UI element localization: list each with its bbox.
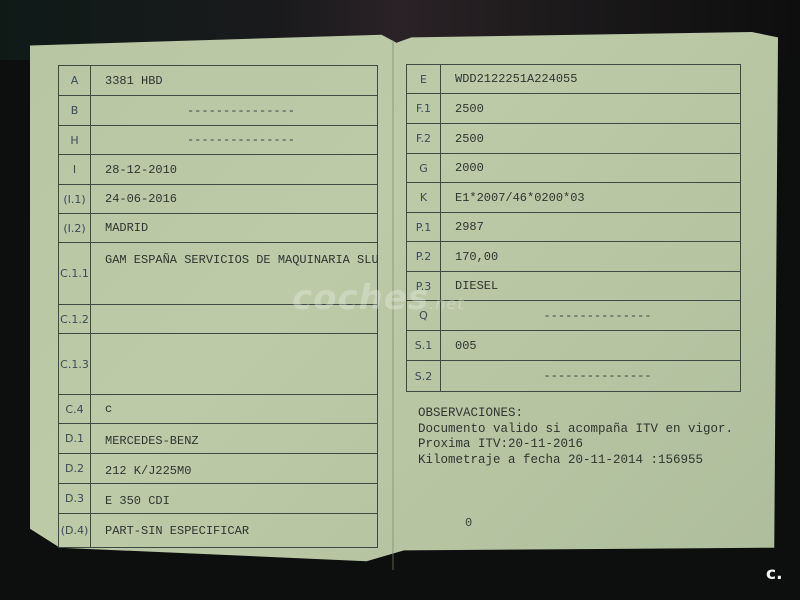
field-code: F.2 [407,124,441,153]
field-value: --------------- [441,361,740,391]
field-value [91,334,377,394]
field-value: E1*2007/46*0200*03 [441,183,740,212]
observations-extra-value: 0 [465,516,472,530]
field-value: DIESEL [441,272,740,300]
field-value: 2500 [441,124,740,153]
observation-line: Kilometraje a fecha 20-11-2014 :156955 [418,453,733,469]
field-row-c4: C.4c [59,395,377,424]
field-code: F.1 [407,94,441,123]
field-code: P.2 [407,242,441,271]
field-code: C.4 [59,395,91,423]
field-row-a: A3381 HBD [59,66,377,96]
field-value: 170,00 [441,242,740,271]
field-value: 2987 [441,213,740,241]
field-value: 212 K/J225M0 [91,454,377,483]
field-row-k: KE1*2007/46*0200*03 [407,183,740,213]
field-row-d2: D.2212 K/J225M0 [59,454,377,484]
field-value: 28-12-2010 [91,155,377,184]
field-value: 24-06-2016 [91,185,377,213]
observation-line: Proxima ITV:20-11-2016 [418,437,733,453]
field-value: WDD2122251A224055 [441,65,740,93]
watermark: coches.net [292,278,465,318]
field-row-i: I28-12-2010 [59,155,377,185]
field-code: G [407,154,441,182]
field-code: D.3 [59,484,91,513]
field-value: 2000 [441,154,740,182]
field-value: c [91,395,377,423]
field-row-g: G2000 [407,154,740,183]
field-value: MADRID [91,214,377,242]
field-row-f2: F.22500 [407,124,740,154]
field-code: A [59,66,91,95]
field-code: P.1 [407,213,441,241]
field-code: D.2 [59,454,91,483]
watermark-suffix: .net [429,294,464,313]
field-row-d1: D.1MERCEDES-BENZ [59,424,377,454]
field-code: I [59,155,91,184]
field-value: PART-SIN ESPECIFICAR [91,514,377,547]
field-code: C.1.1 [59,243,91,304]
field-row-p2: P.2170,00 [407,242,740,272]
field-code: C.1.3 [59,334,91,394]
field-code: D.1 [59,424,91,453]
field-row-p1: P.12987 [407,213,740,242]
field-value: --------------- [91,126,377,154]
observations-heading: OBSERVACIONES: [418,406,733,422]
field-row-d4: (D.4)PART-SIN ESPECIFICAR [59,514,377,547]
field-code: B [59,96,91,125]
field-value: 005 [441,331,740,360]
field-row-b: B--------------- [59,96,377,126]
field-value: E 350 CDI [91,484,377,513]
field-row-h: H--------------- [59,126,377,155]
field-row-d3: D.3E 350 CDI [59,484,377,514]
field-code: S.1 [407,331,441,360]
field-value: MERCEDES-BENZ [91,424,377,453]
field-code: H [59,126,91,154]
observation-line: Documento valido si acompaña ITV en vigo… [418,422,733,438]
field-code: K [407,183,441,212]
field-row-s2: S.2--------------- [407,361,740,391]
field-value: --------------- [91,96,377,125]
field-code: C.1.2 [59,305,91,333]
site-logo: c. [766,564,783,584]
field-row-i2: (I.2)MADRID [59,214,377,243]
field-code: E [407,65,441,93]
field-row-f1: F.12500 [407,94,740,124]
field-row-c13: C.1.3 [59,334,377,395]
right-panel-table: EWDD2122251A224055F.12500F.22500G2000KE1… [406,64,741,392]
field-value: --------------- [441,301,740,330]
watermark-text: coches [292,278,429,318]
field-value: 3381 HBD [91,66,377,95]
field-code: (I.2) [59,214,91,242]
field-row-i1: (I.1)24-06-2016 [59,185,377,214]
field-row-e: EWDD2122251A224055 [407,65,740,94]
field-row-s1: S.1005 [407,331,740,361]
field-code: (I.1) [59,185,91,213]
observations-block: OBSERVACIONES:Documento valido si acompa… [418,406,733,468]
field-code: S.2 [407,361,441,391]
field-code: (D.4) [59,514,91,547]
field-value: 2500 [441,94,740,123]
